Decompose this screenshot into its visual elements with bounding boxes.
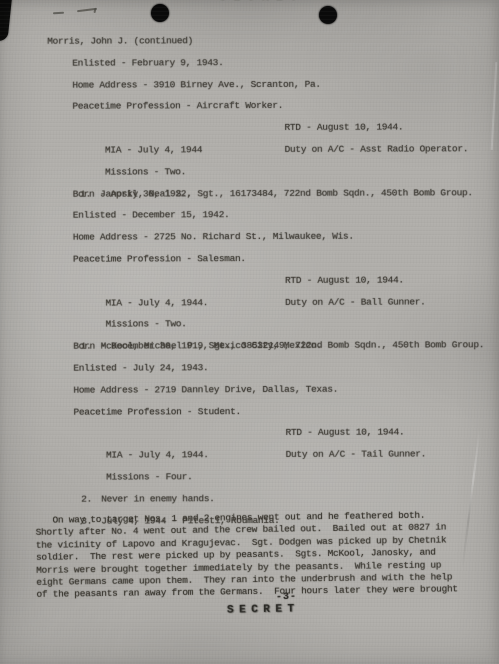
punch-hole-left — [151, 4, 169, 22]
janosky-address-line: Home Address - 2725 No. Richard St., Mil… — [48, 225, 480, 248]
mckool-mia-rtd-line: MIA - July 4, 1944. RTD - August 10, 194… — [49, 422, 481, 445]
item-3-line: 3.July 4, 1944 - Pitesti, Roumania. — [49, 487, 481, 510]
morris-address-line: Home Address - 3910 Birney Ave., Scranto… — [47, 73, 479, 96]
secret-stamp: SECRET — [227, 603, 300, 616]
janosky-missions-duty-line: Missions - Two. Duty on A/C - Ball Gunne… — [48, 291, 480, 314]
pencil-mark — [93, 8, 96, 13]
duty-value: Duty on A/C - Asst Radio Operator. — [285, 138, 469, 160]
punch-hole-right — [319, 6, 337, 24]
mckool-missions-duty-line: Missions - Four. Duty on A/C - Tail Gunn… — [49, 443, 481, 466]
mckool-address-line: Home Address - 2719 Dannley Drive, Dalla… — [48, 378, 480, 401]
janosky-profession-line: Peacetime Profession - Salesman. — [48, 247, 480, 270]
mckool-born-line: Born - December 30, 1919, Mexico City, M… — [48, 334, 480, 357]
pencil-mark — [53, 12, 64, 15]
mckool-record-header: 1.McKool, Michael P., Sgt., 38532149, 72… — [48, 313, 480, 336]
rtd-value: RTD - August 10, 1944. — [284, 117, 403, 139]
continued-header: Morris, John J. (continued) — [47, 29, 479, 52]
duty-value: Duty on A/C - Ball Gunner. — [285, 291, 426, 313]
janosky-born-line: Born - April 30, 1922. — [48, 182, 480, 205]
morris-mia-rtd-line: MIA - July 4, 1944 RTD - August 10, 1944… — [47, 116, 479, 139]
morris-enlisted-line: Enlisted - February 9, 1943. — [47, 51, 479, 74]
corner-scan-artifact — [0, 0, 13, 42]
janosky-mia-rtd-line: MIA - July 4, 1944. RTD - August 10, 194… — [48, 269, 480, 292]
duty-value: Duty on A/C - Tail Gunner. — [286, 444, 427, 466]
rtd-value: RTD - August 10, 1944. — [285, 269, 404, 291]
typed-body: Morris, John J. (continued) Enlisted - F… — [47, 29, 481, 510]
morris-missions-duty-line: Missions - Two. Duty on A/C - Asst Radio… — [48, 138, 480, 161]
mckool-profession-line: Peacetime Profession - Student. — [48, 400, 480, 423]
morris-profession-line: Peacetime Profession - Aircraft Worker. — [47, 95, 479, 118]
mckool-enlisted-line: Enlisted - July 24, 1943. — [48, 356, 480, 379]
scanned-document-page: SECRET Morris, John J. (continued) Enlis… — [0, 0, 499, 664]
rtd-value: RTD - August 10, 1944. — [286, 422, 405, 444]
page-number: -3- — [276, 592, 297, 604]
paper-scratch — [490, 62, 496, 150]
janosky-enlisted-line: Enlisted - December 15, 1942. — [48, 204, 480, 227]
item-2-line: 2.Never in enemy hands. — [49, 465, 481, 488]
janosky-record-header: 1.Janosky, Neal S., Sgt., 16173484, 722n… — [48, 160, 480, 183]
narrative-paragraph: On way to target Nos. 1 and 2 engines we… — [35, 509, 470, 602]
top-secret-stamp-cutoff: SECRET — [219, 0, 323, 5]
